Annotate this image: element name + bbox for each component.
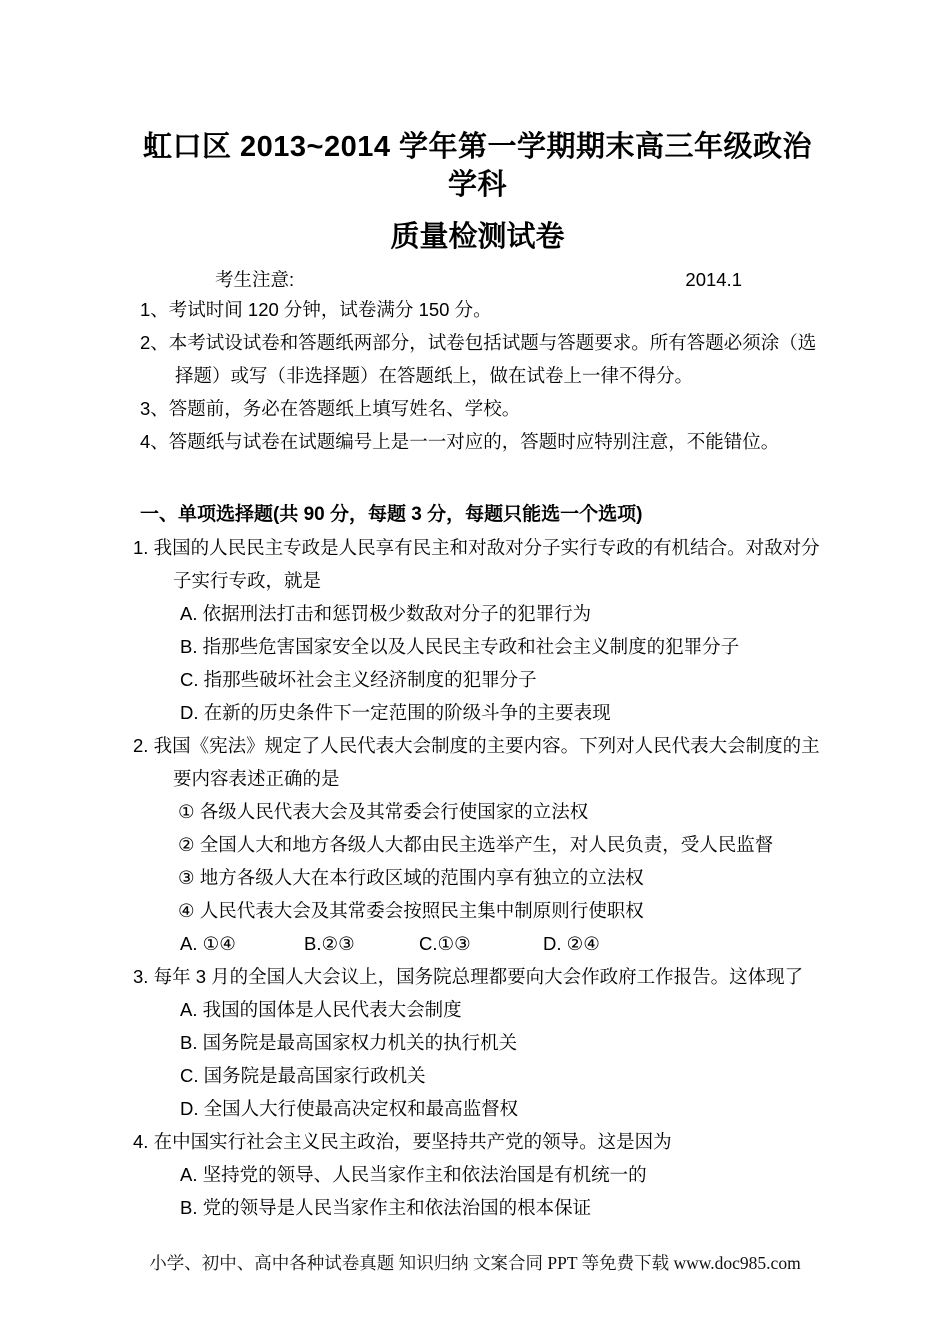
question-3-option-d: D. 全国人大行使最高决定权和最高监督权 (133, 1092, 822, 1125)
note-item-2: 2、本考试设试卷和答题纸两部分，试卷包括试题与答题要求。所有答题必须涂（选择题）… (133, 326, 822, 392)
question-3-option-b: B. 国务院是最高国家权力机关的执行机关 (133, 1026, 822, 1059)
question-2-choice-a: A. ①④ (180, 927, 304, 960)
question-1-option-b: B. 指那些危害国家安全以及人民民主专政和社会主义制度的犯罪分子 (133, 630, 822, 663)
exam-paper-page: 虹口区 2013~2014 学年第一学期期末高三年级政治学科 质量检测试卷 考生… (0, 0, 950, 1344)
section-heading: 一、单项选择题(共 90 分，每题 3 分，每题只能选一个选项) (133, 498, 822, 531)
question-2-subitem-2: ② 全国人大和地方各级人大都由民主选举产生，对人民负责，受人民监督 (133, 828, 822, 861)
question-4-stem: 4. 在中国实行社会主义民主政治，要坚持共产党的领导。这是因为 (133, 1125, 822, 1158)
question-2-choice-d: D. ②④ (543, 927, 600, 960)
page-content: 虹口区 2013~2014 学年第一学期期末高三年级政治学科 质量检测试卷 考生… (0, 0, 950, 1224)
question-1-stem: 1. 我国的人民民主专政是人民享有民主和对敌对分子实行专政的有机结合。对敌对分子… (133, 531, 822, 597)
document-title-line1: 虹口区 2013~2014 学年第一学期期末高三年级政治学科 (133, 0, 822, 204)
document-title-line2: 质量检测试卷 (133, 218, 822, 256)
question-4: 4. 在中国实行社会主义民主政治，要坚持共产党的领导。这是因为 A. 坚持党的领… (133, 1125, 822, 1224)
question-3-option-a: A. 我国的国体是人民代表大会制度 (133, 993, 822, 1026)
question-1: 1. 我国的人民民主专政是人民享有民主和对敌对分子实行专政的有机结合。对敌对分子… (133, 531, 822, 729)
question-2-choice-b: B.②③ (304, 927, 419, 960)
question-1-option-c: C. 指那些破坏社会主义经济制度的犯罪分子 (133, 663, 822, 696)
question-3: 3. 每年 3 月的全国人大会议上，国务院总理都要向大会作政府工作报告。这体现了… (133, 960, 822, 1125)
question-1-option-d: D. 在新的历史条件下一定范围的阶级斗争的主要表现 (133, 696, 822, 729)
question-4-option-b: B. 党的领导是人民当家作主和依法治国的根本保证 (133, 1191, 822, 1224)
notes-list: 1、考试时间 120 分钟，试卷满分 150 分。 2、本考试设试卷和答题纸两部… (133, 293, 822, 458)
question-2-subitem-4: ④ 人民代表大会及其常委会按照民主集中制原则行使职权 (133, 894, 822, 927)
note-item-1: 1、考试时间 120 分钟，试卷满分 150 分。 (133, 293, 822, 326)
note-item-3: 3、答题前，务必在答题纸上填写姓名、学校。 (133, 392, 822, 425)
question-2: 2. 我国《宪法》规定了人民代表大会制度的主要内容。下列对人民代表大会制度的主要… (133, 729, 822, 960)
question-2-stem: 2. 我国《宪法》规定了人民代表大会制度的主要内容。下列对人民代表大会制度的主要… (133, 729, 822, 795)
footer-watermark: 小学、初中、高中各种试卷真题 知识归纳 文案合同 PPT 等免费下载 www.d… (0, 1250, 950, 1275)
exam-date: 2014.1 (685, 266, 742, 293)
question-2-choice-c: C.①③ (419, 927, 543, 960)
question-3-option-c: C. 国务院是最高国家行政机关 (133, 1059, 822, 1092)
question-4-option-a: A. 坚持党的领导、人民当家作主和依法治国是有机统一的 (133, 1158, 822, 1191)
note-item-4: 4、答题纸与试卷在试题编号上是一一对应的，答题时应特别注意，不能错位。 (133, 425, 822, 458)
question-2-subitem-1: ① 各级人民代表大会及其常委会行使国家的立法权 (133, 795, 822, 828)
notice-label: 考生注意: (215, 266, 294, 293)
notice-row: 考生注意: 2014.1 (133, 266, 822, 293)
question-2-subitem-3: ③ 地方各级人大在本行政区域的范围内享有独立的立法权 (133, 861, 822, 894)
question-3-stem: 3. 每年 3 月的全国人大会议上，国务院总理都要向大会作政府工作报告。这体现了 (133, 960, 822, 993)
question-1-option-a: A. 依据刑法打击和惩罚极少数敌对分子的犯罪行为 (133, 597, 822, 630)
question-2-answer-row: A. ①④ B.②③ C.①③ D. ②④ (133, 927, 822, 960)
